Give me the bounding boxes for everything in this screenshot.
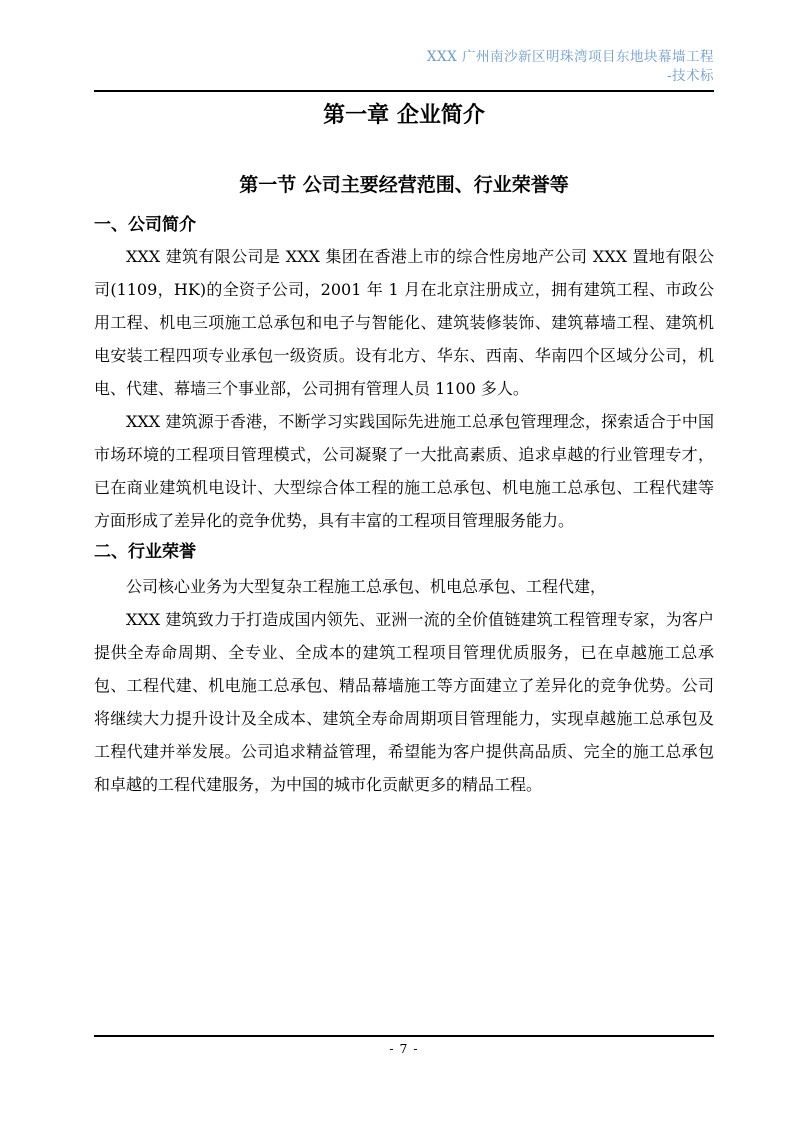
document-page: XXX 广州南沙新区明珠湾项目东地块幕墙工程 -技术标 第一章 企业简介 第一节… [0, 0, 793, 1122]
page-header: XXX 广州南沙新区明珠湾项目东地块幕墙工程 -技术标 [94, 48, 714, 86]
paragraph-company-profile-1: XXX 建筑有限公司是 XXX 集团在香港上市的综合性房地产公司 XXX 置地有… [94, 240, 714, 405]
subsection-heading-company-profile: 一、公司简介 [94, 211, 714, 239]
header-bid-type: -技术标 [94, 67, 714, 86]
header-rule [94, 90, 714, 92]
section-title: 第一节 公司主要经营范围、行业荣誉等 [94, 170, 714, 200]
chapter-title: 第一章 企业简介 [94, 99, 714, 133]
paragraph-industry-honors-2: XXX 建筑致力于打造成国内领先、亚洲一流的全价值链建筑工程管理专家，为客户提供… [94, 603, 714, 801]
page-number: - 7 - [94, 1040, 714, 1058]
header-project-title: XXX 广州南沙新区明珠湾项目东地块幕墙工程 [94, 48, 714, 67]
paragraph-industry-honors-1: 公司核心业务为大型复杂工程施工总承包、机电总承包、工程代建， [94, 570, 714, 603]
subsection-heading-industry-honors: 二、行业荣誉 [94, 538, 714, 566]
footer-rule [94, 1035, 714, 1037]
paragraph-company-profile-2: XXX 建筑源于香港，不断学习实践国际先进施工总承包管理理念，探索适合于中国市场… [94, 405, 714, 537]
